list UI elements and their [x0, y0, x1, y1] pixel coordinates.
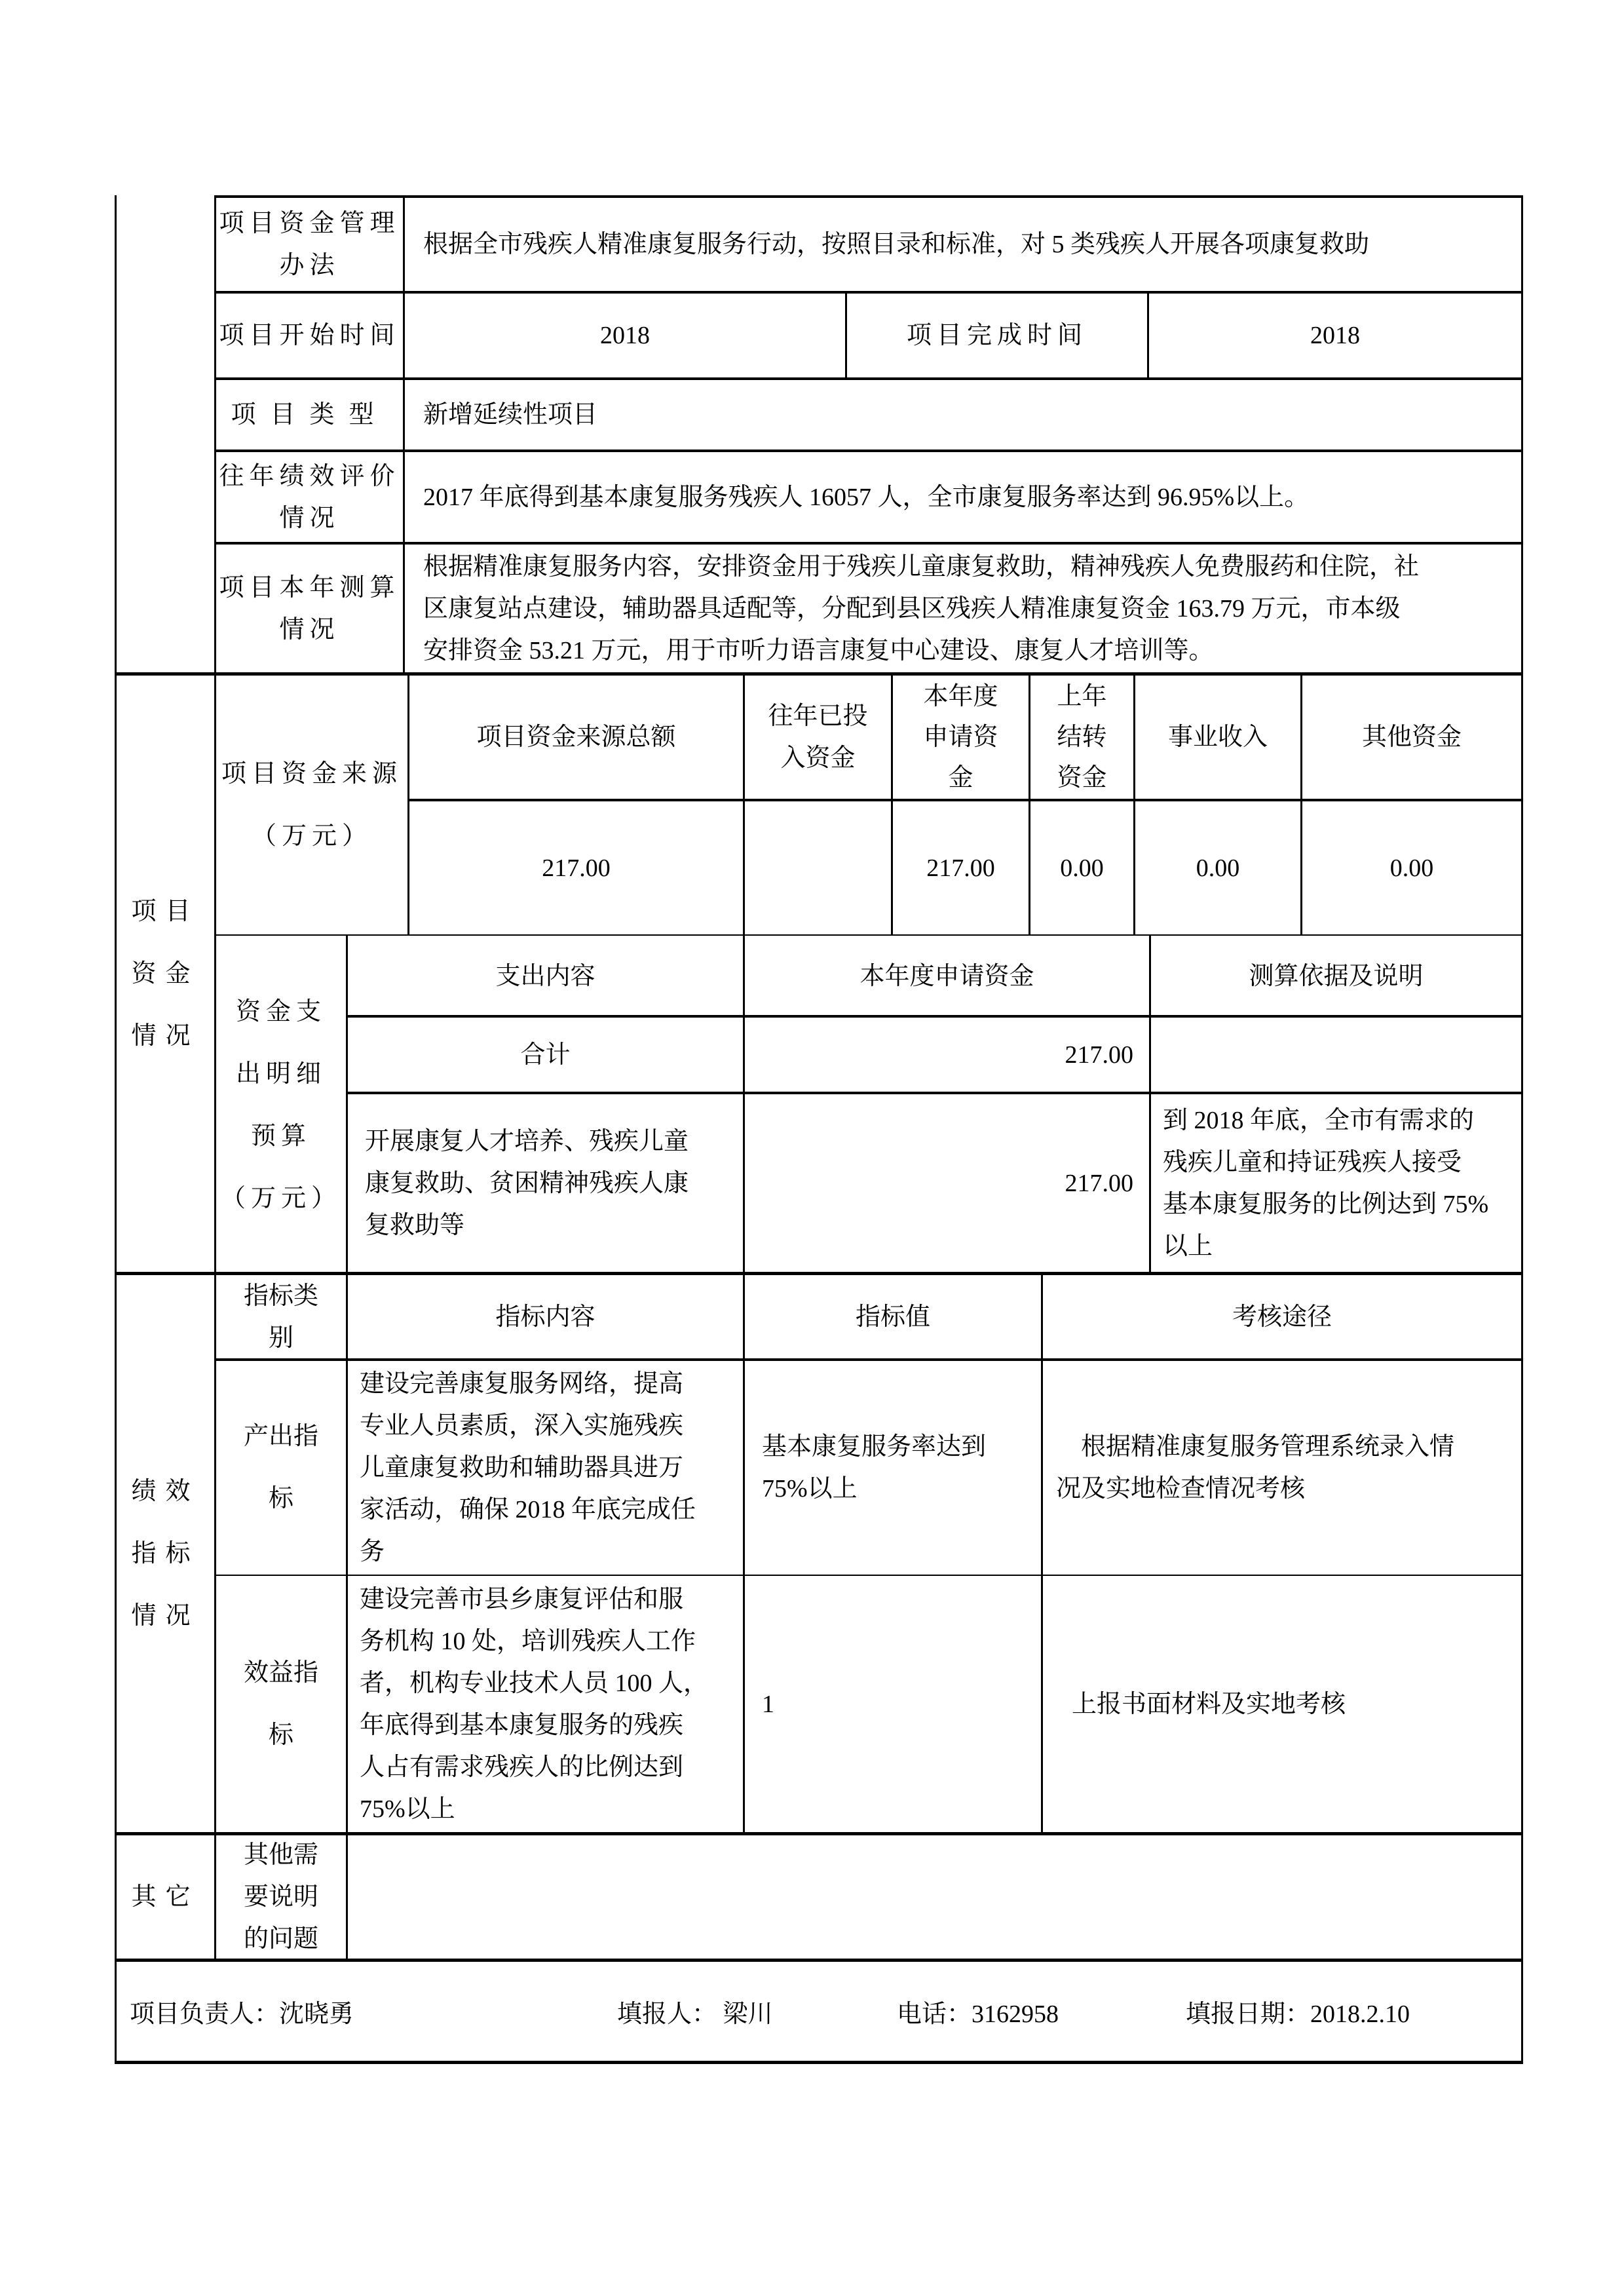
funding-source-header-business-income: 事业收入: [1135, 676, 1300, 799]
funding-source-value-other-funds: 0.00: [1302, 801, 1521, 934]
output-indicator-value: 基本康复服务率达到 75%以上: [745, 1361, 1041, 1575]
benefit-indicator-category: 效益指 标: [216, 1576, 346, 1832]
project-type-label: 项目类型: [216, 380, 403, 450]
expense-detail-name: 开展康复人才培养、残疾儿童 康复救助、贫困精神残疾人康 复救助等: [348, 1094, 743, 1272]
benefit-indicator-value: 1: [745, 1576, 1041, 1832]
funding-source-label: 项目资金来源 （万元）: [216, 676, 407, 934]
indicator-header-value: 指标值: [745, 1275, 1041, 1358]
grid-line: [115, 2061, 1523, 2064]
indicator-header-category: 指标类 别: [216, 1275, 346, 1358]
funding-source-value-prior-carryover: 0.00: [1030, 801, 1133, 934]
project-manager: 项目负责人：沈晓勇: [130, 1961, 354, 2061]
expense-detail-amount: 217.00: [745, 1094, 1149, 1272]
funding-source-value-business-income: 0.00: [1135, 801, 1300, 934]
funding-source-header-prior-invested: 往年已投 入资金: [745, 676, 891, 799]
other-issues-value: [348, 1835, 1521, 1959]
fund-management-value: 根据全市残疾人精准康复服务行动，按照目录和标准，对 5 类残疾人开展各项康复救助: [405, 198, 1521, 291]
fill-date: 填报日期：2018.2.10: [1186, 1961, 1410, 2061]
document-page: 项目资金管理 办法 根据全市残疾人精准康复服务行动，按照目录和标准，对 5 类残…: [0, 0, 1624, 2296]
fund-management-label: 项目资金管理 办法: [216, 198, 403, 291]
other-issues-label: 其他需 要说明 的问题: [216, 1835, 346, 1959]
form-preparer: 填报人： 梁川: [617, 1961, 773, 2061]
indicator-header-content: 指标内容: [348, 1275, 743, 1358]
expense-total-name: 合计: [348, 1018, 743, 1092]
finish-time-label: 项目完成时间: [847, 294, 1147, 377]
start-time-value: 2018: [405, 294, 845, 377]
project-declaration-table: 项目资金管理 办法 根据全市残疾人精准康复服务行动，按照目录和标准，对 5 类残…: [115, 195, 1523, 2064]
project-type-value: 新增延续性项目: [405, 380, 1521, 450]
funding-source-value-current-request: 217.00: [893, 801, 1029, 934]
expense-total-amount: 217.00: [745, 1018, 1149, 1092]
start-time-label: 项目开始时间: [216, 294, 403, 377]
signature-row: 项目负责人：沈晓勇 填报人： 梁川 电话：3162958 填报日期：2018.2…: [115, 1961, 1523, 2061]
output-indicator-category: 产出指 标: [216, 1361, 346, 1575]
benefit-indicator-content: 建设完善市县乡康复评估和服 务机构 10 处，培训残疾人工作 者，机构专业技术人…: [348, 1576, 743, 1832]
current-year-calc-value: 根据精准康复服务内容，安排资金用于残疾儿童康复救助，精神残疾人免费服药和住院，社…: [405, 545, 1521, 672]
contact-phone: 电话：3162958: [897, 1961, 1059, 2061]
expense-budget-label: 资金支 出明细 预算 （万元）: [216, 937, 346, 1273]
funding-source-header-total: 项目资金来源总额: [409, 676, 743, 799]
finish-time-value: 2018: [1149, 294, 1521, 377]
expense-detail-basis: 到 2018 年底，全市有需求的 残疾儿童和持证残疾人接受 基本康复服务的比例达…: [1151, 1094, 1521, 1272]
indicator-header-method: 考核途径: [1043, 1275, 1521, 1358]
expense-total-basis: [1151, 1018, 1521, 1092]
benefit-indicator-method: 上报书面材料及实地考核: [1043, 1576, 1521, 1832]
section-label-project-funding: 项目 资金 情况: [117, 676, 214, 1272]
grid-line: [1521, 195, 1523, 2064]
funding-source-value-prior-invested: [745, 801, 891, 934]
expense-header-current-request: 本年度申请资金: [745, 937, 1149, 1015]
past-performance-value: 2017 年底得到基本康复服务残疾人 16057 人，全市康复服务率达到 96.…: [405, 452, 1521, 542]
grid-line: [214, 934, 1523, 936]
expense-header-basis: 测算依据及说明: [1151, 937, 1521, 1015]
expense-header-content: 支出内容: [348, 937, 743, 1015]
current-year-calc-label: 项目本年测算 情况: [216, 545, 403, 672]
output-indicator-method: 根据精准康复服务管理系统录入情 况及实地检查情况考核: [1043, 1361, 1521, 1575]
funding-source-header-other-funds: 其他资金: [1302, 676, 1521, 799]
past-performance-label: 往年绩效评价 情况: [216, 452, 403, 542]
funding-source-value-total: 217.00: [409, 801, 743, 934]
output-indicator-content: 建设完善康复服务网络，提高 专业人员素质，深入实施残疾 儿童康复救助和辅助器具进…: [348, 1361, 743, 1575]
funding-source-header-prior-carryover: 上年 结转 资金: [1030, 676, 1133, 799]
funding-source-header-current-request: 本年度 申请资 金: [893, 676, 1029, 799]
section-label-other: 其它: [117, 1835, 214, 1959]
section-label-performance-indicators: 绩效 指标 情况: [117, 1275, 214, 1832]
